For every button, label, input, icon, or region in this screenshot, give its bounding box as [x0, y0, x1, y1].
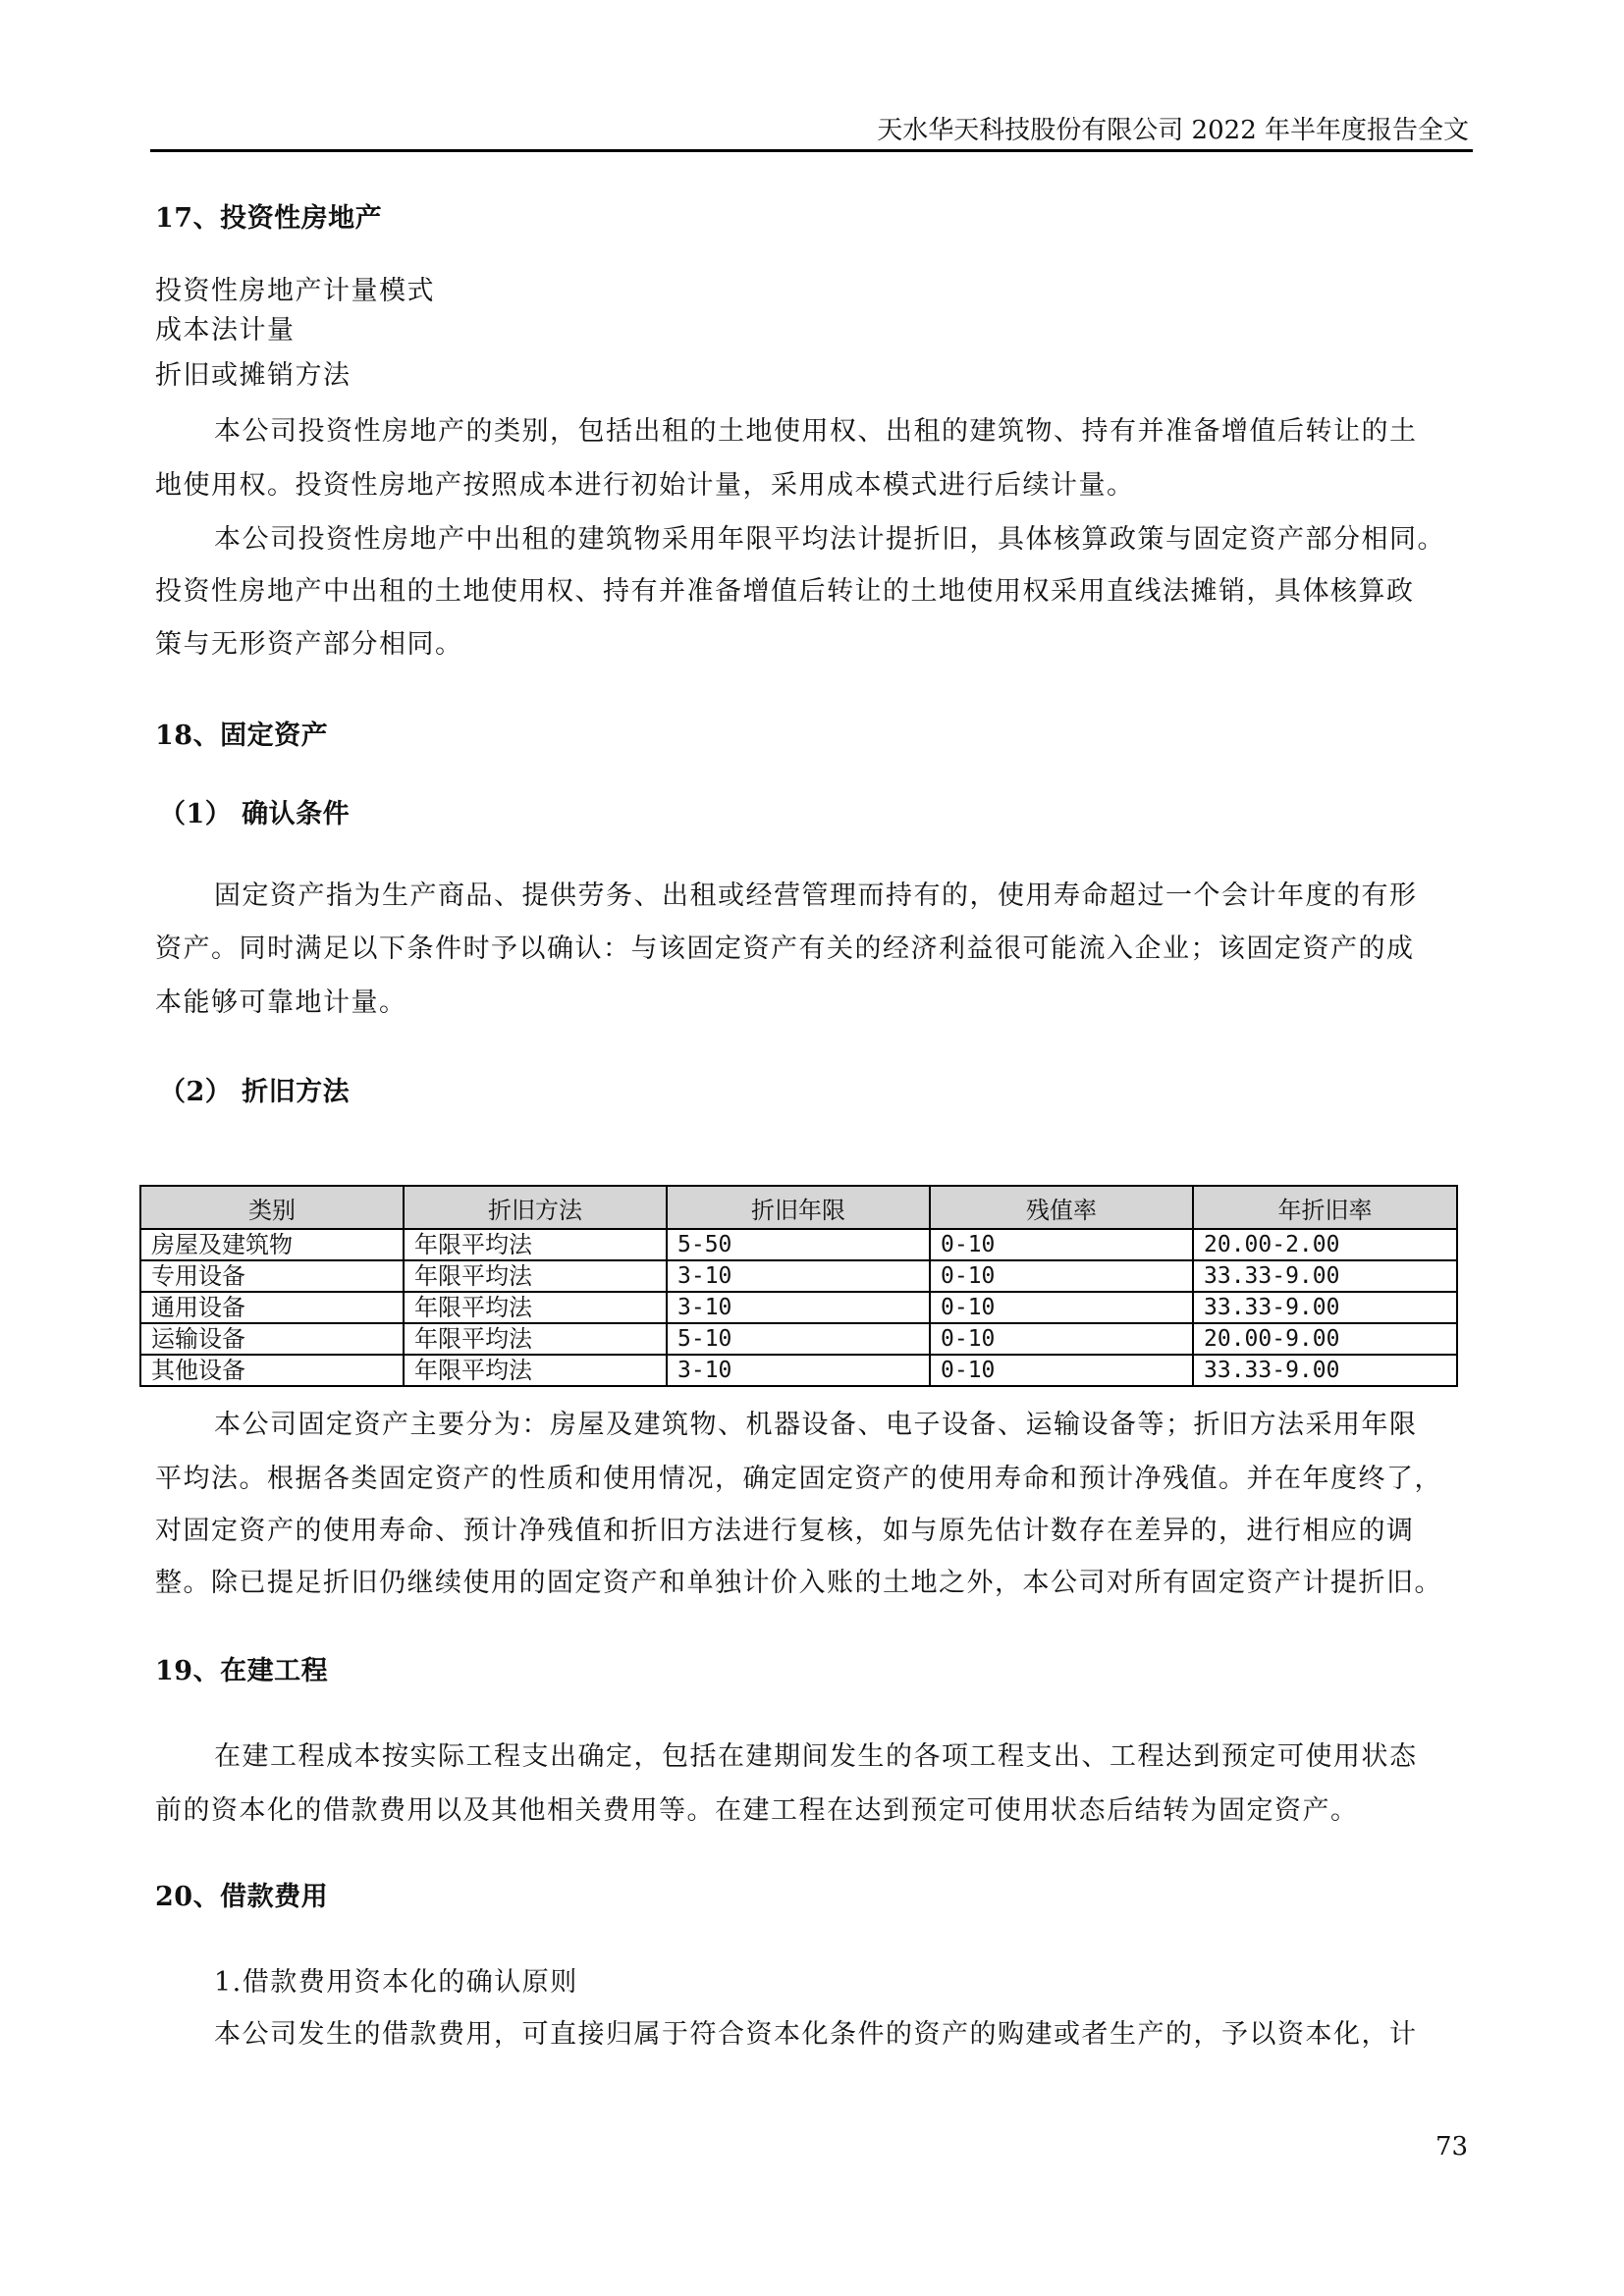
paragraph-line: 本公司固定资产主要分为：房屋及建筑物、机器设备、电子设备、运输设备等；折旧方法采… — [214, 1411, 1471, 1440]
depreciation-table: 类别 折旧方法 折旧年限 残值率 年折旧率 房屋及建筑物 年限平均法 5-50 … — [139, 1185, 1458, 1387]
method-cell: 年限平均法 — [404, 1323, 667, 1355]
page-number: 73 — [1435, 2132, 1468, 2162]
paragraph-line: 本公司投资性房地产的类别，包括出租的土地使用权、出租的建筑物、持有并准备增值后转… — [214, 417, 1471, 447]
residual-rate-cell: 0-10 — [930, 1355, 1193, 1386]
residual-rate-cell: 0-10 — [930, 1292, 1193, 1323]
useful-life-cell: 3-10 — [667, 1260, 930, 1292]
table-header-row: 类别 折旧方法 折旧年限 残值率 年折旧率 — [140, 1186, 1457, 1229]
useful-life-cell: 3-10 — [667, 1292, 930, 1323]
annual-rate-cell: 33.33-9.00 — [1193, 1355, 1457, 1386]
column-header: 折旧年限 — [667, 1186, 930, 1229]
report-header-title: 天水华天科技股份有限公司 2022 年半年度报告全文 — [877, 116, 1469, 145]
paragraph-line: 本公司发生的借款费用，可直接归属于符合资本化条件的资产的购建或者生产的，予以资本… — [214, 2020, 1471, 2050]
method-cell: 年限平均法 — [404, 1229, 667, 1260]
residual-rate-cell: 0-10 — [930, 1323, 1193, 1355]
depreciation-method-label: 折旧或摊销方法 — [155, 361, 1471, 391]
column-header: 残值率 — [930, 1186, 1193, 1229]
column-header: 年折旧率 — [1193, 1186, 1457, 1229]
subsection-recognition-heading: （1） 确认条件 — [159, 800, 1475, 829]
annual-rate-cell: 20.00-2.00 — [1193, 1229, 1457, 1260]
annual-rate-cell: 33.33-9.00 — [1193, 1292, 1457, 1323]
table-row: 其他设备 年限平均法 3-10 0-10 33.33-9.00 — [140, 1355, 1457, 1386]
paragraph-line: 地使用权。投资性房地产按照成本进行初始计量，采用成本模式进行后续计量。 — [155, 471, 1471, 501]
category-cell: 其他设备 — [140, 1355, 404, 1386]
paragraph-line: 策与无形资产部分相同。 — [155, 630, 1471, 660]
category-cell: 运输设备 — [140, 1323, 404, 1355]
residual-rate-cell: 0-10 — [930, 1260, 1193, 1292]
paragraph-line: 资产。同时满足以下条件时予以确认：与该固定资产有关的经济利益很可能流入企业；该固… — [155, 934, 1471, 964]
category-cell: 通用设备 — [140, 1292, 404, 1323]
useful-life-cell: 5-50 — [667, 1229, 930, 1260]
column-header: 折旧方法 — [404, 1186, 667, 1229]
paragraph-line: 前的资本化的借款费用以及其他相关费用等。在建工程在达到预定可使用状态后结转为固定… — [155, 1796, 1471, 1826]
annual-rate-cell: 20.00-9.00 — [1193, 1323, 1457, 1355]
subsection-depreciation-heading: （2） 折旧方法 — [159, 1078, 1475, 1107]
paragraph-line: 平均法。根据各类固定资产的性质和使用情况，确定固定资产的使用寿命和预计净残值。并… — [155, 1465, 1471, 1494]
section-17-heading: 17、投资性房地产 — [155, 204, 1471, 234]
useful-life-cell: 5-10 — [667, 1323, 930, 1355]
table-row: 房屋及建筑物 年限平均法 5-50 0-10 20.00-2.00 — [140, 1229, 1457, 1260]
section-19-heading: 19、在建工程 — [155, 1657, 1471, 1686]
category-cell: 专用设备 — [140, 1260, 404, 1292]
section-18-heading: 18、固定资产 — [155, 721, 1471, 751]
paragraph-line: 整。除已提足折旧仍继续使用的固定资产和单独计价入账的土地之外，本公司对所有固定资… — [155, 1569, 1471, 1598]
table-row: 专用设备 年限平均法 3-10 0-10 33.33-9.00 — [140, 1260, 1457, 1292]
annual-rate-cell: 33.33-9.00 — [1193, 1260, 1457, 1292]
method-cell: 年限平均法 — [404, 1292, 667, 1323]
paragraph-line: 本能够可靠地计量。 — [155, 988, 1471, 1018]
table-row: 通用设备 年限平均法 3-10 0-10 33.33-9.00 — [140, 1292, 1457, 1323]
method-cell: 年限平均法 — [404, 1260, 667, 1292]
table-row: 运输设备 年限平均法 5-10 0-10 20.00-9.00 — [140, 1323, 1457, 1355]
paragraph-line: 本公司投资性房地产中出租的建筑物采用年限平均法计提折旧，具体核算政策与固定资产部… — [214, 525, 1471, 555]
column-header: 类别 — [140, 1186, 404, 1229]
subsection-capitalization-principle: 1.借款费用资本化的确认原则 — [214, 1968, 1471, 1998]
measurement-mode-label: 投资性房地产计量模式 — [155, 277, 1471, 306]
section-20-heading: 20、借款费用 — [155, 1883, 1471, 1912]
category-cell: 房屋及建筑物 — [140, 1229, 404, 1260]
method-cell: 年限平均法 — [404, 1355, 667, 1386]
header-divider — [150, 149, 1473, 152]
measurement-mode-value: 成本法计量 — [155, 316, 1471, 346]
paragraph-line: 投资性房地产中出租的土地使用权、持有并准备增值后转让的土地使用权采用直线法摊销，… — [155, 577, 1471, 607]
paragraph-line: 对固定资产的使用寿命、预计净残值和折旧方法进行复核，如与原先估计数存在差异的，进… — [155, 1517, 1471, 1546]
paragraph-line: 固定资产指为生产商品、提供劳务、出租或经营管理而持有的，使用寿命超过一个会计年度… — [214, 881, 1471, 911]
useful-life-cell: 3-10 — [667, 1355, 930, 1386]
residual-rate-cell: 0-10 — [930, 1229, 1193, 1260]
paragraph-line: 在建工程成本按实际工程支出确定，包括在建期间发生的各项工程支出、工程达到预定可使… — [214, 1742, 1471, 1772]
